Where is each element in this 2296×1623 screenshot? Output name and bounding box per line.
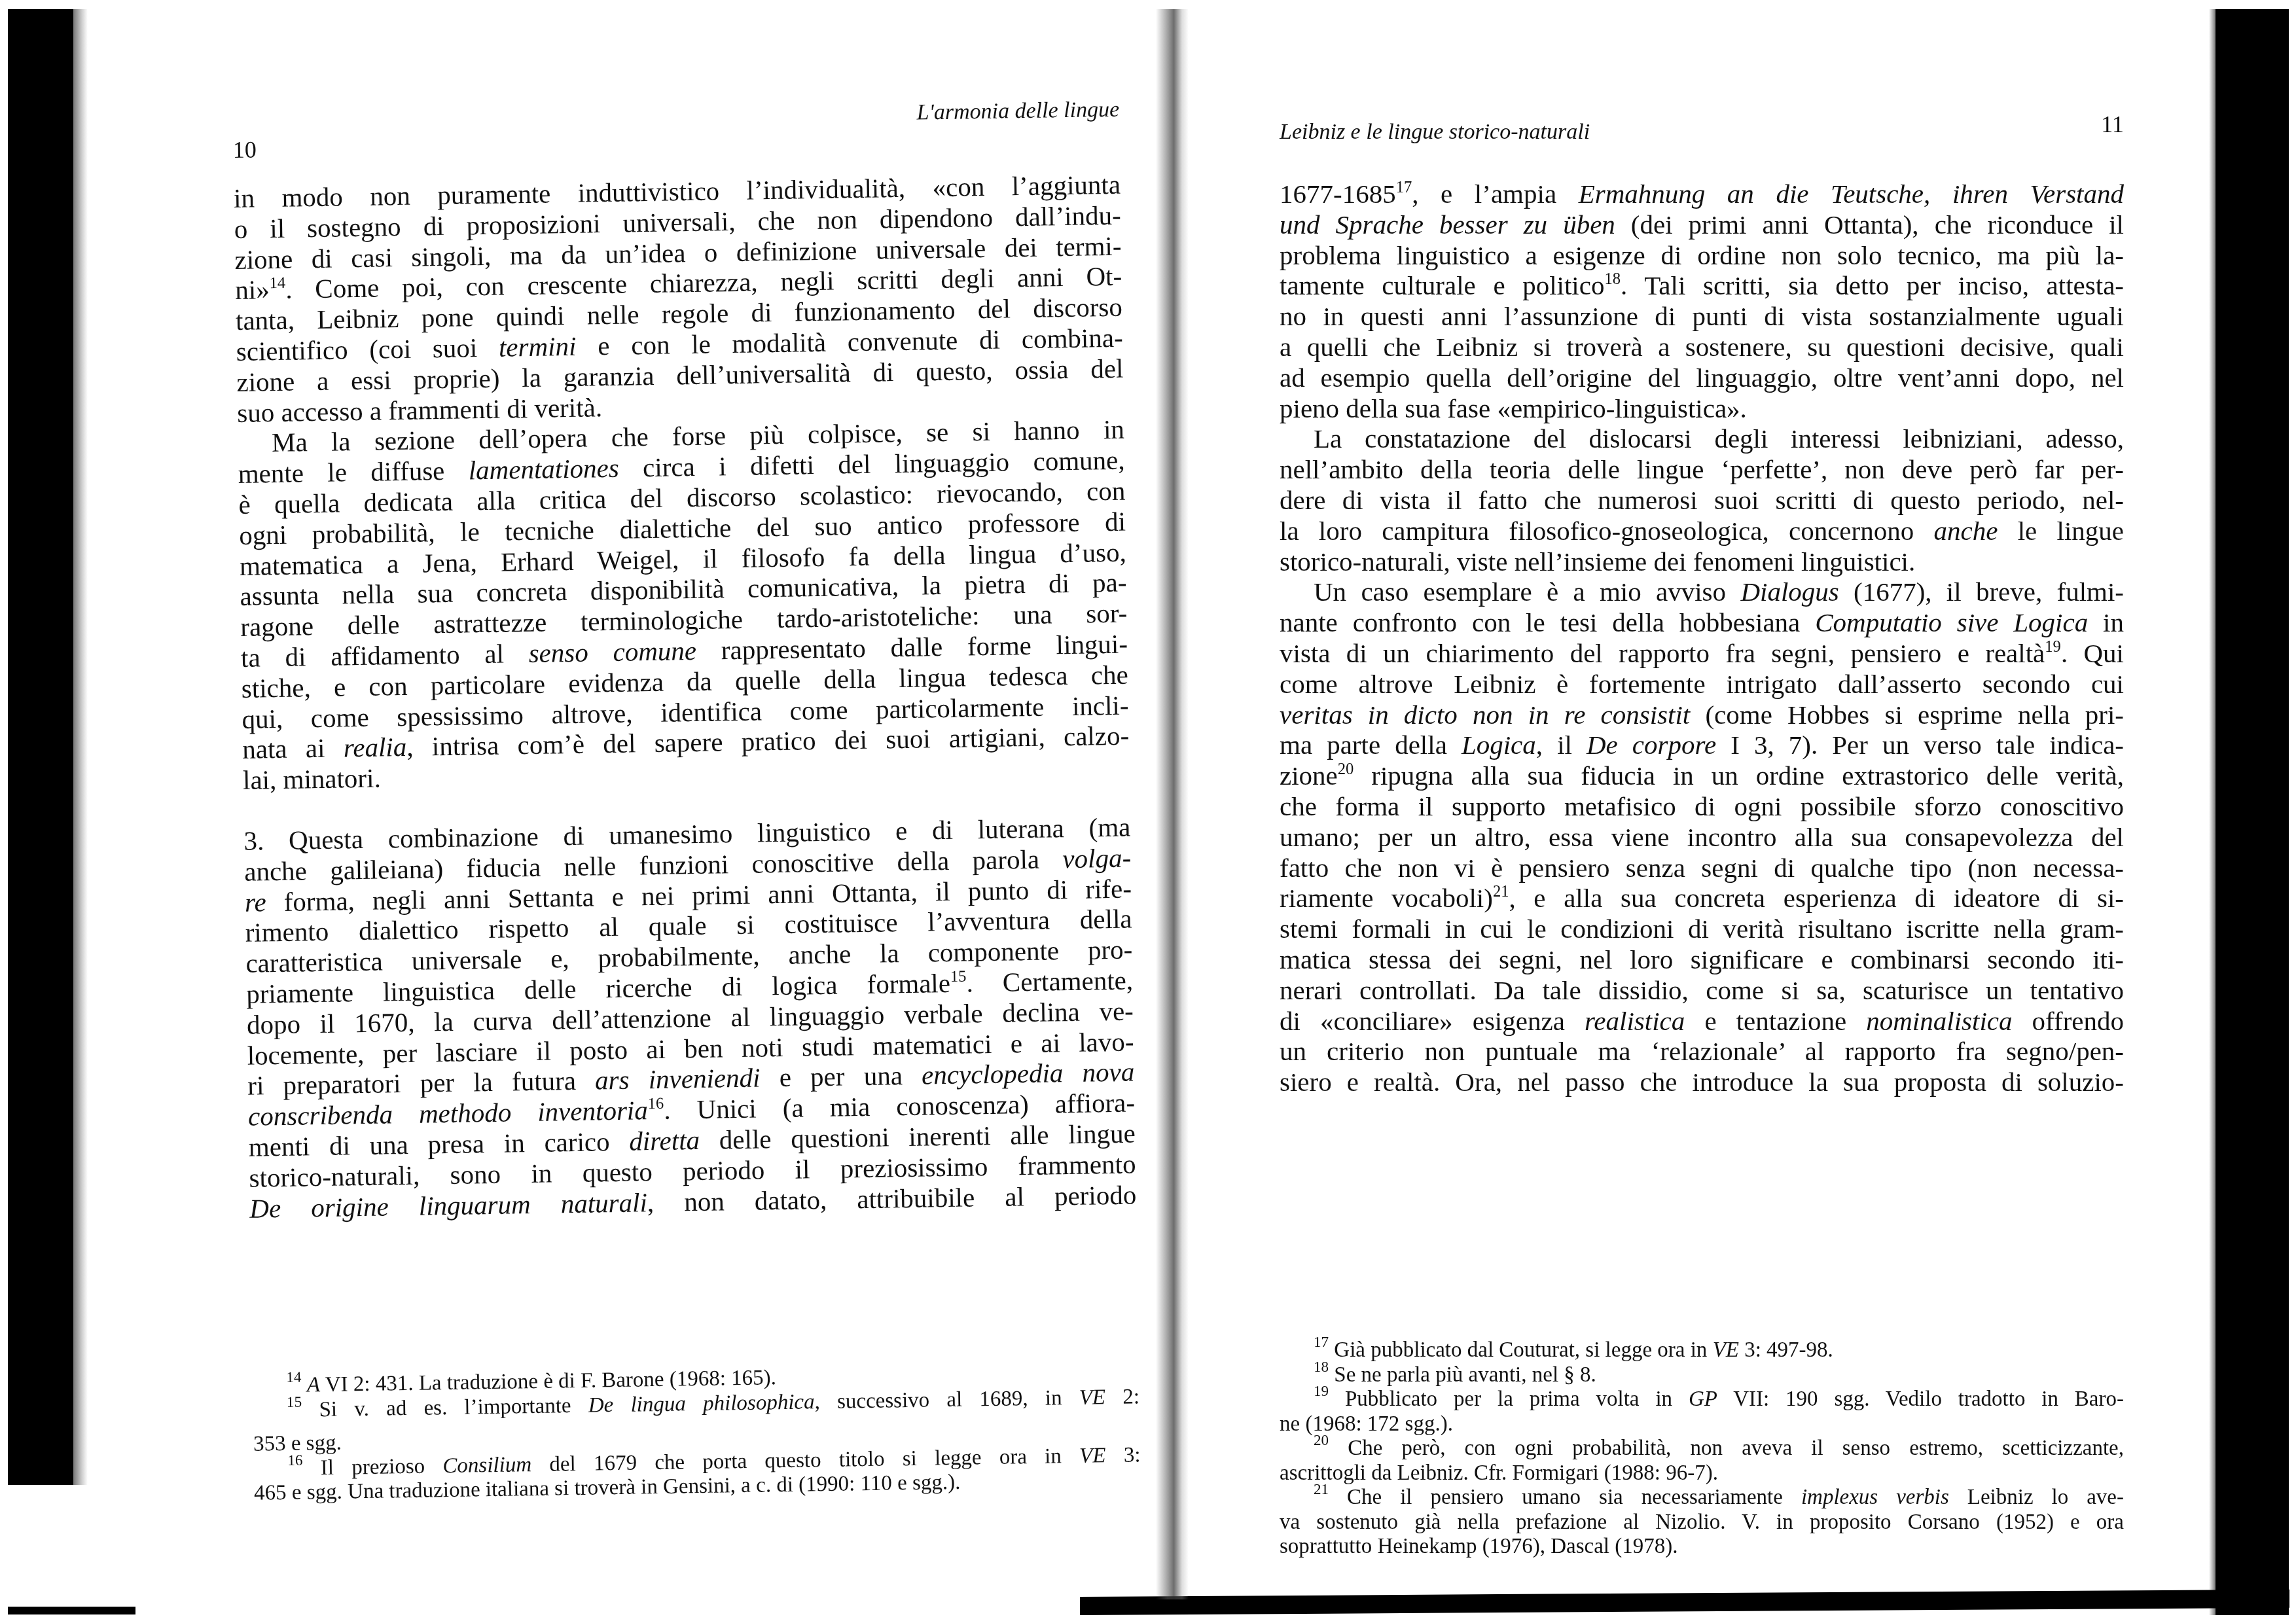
footnote-line: ne (1968: 172 sgg.). (1280, 1412, 2124, 1437)
text-line: tamente culturale e politico18. Tali scr… (1280, 270, 2124, 301)
italic-text: und Sprache besser zu üben (1280, 209, 1615, 240)
italic-text: termini (499, 331, 577, 363)
text-run: un criterio non puntuale ma ‘relazionale… (1280, 1036, 2124, 1066)
italic-text: Ermahnung an die Teutsche, ihren Verstan… (1579, 179, 2124, 209)
text-run: tamente culturale e politico (1280, 270, 1604, 300)
text-line: a quelli che Leibniz si troverà a sosten… (1280, 332, 2124, 363)
text-run: la loro campitura filosofico-gnoseologic… (1280, 516, 1933, 546)
text-run: stemi formali in cui le condizioni di ve… (1280, 914, 2124, 944)
italic-text: VE (1079, 1444, 1106, 1468)
text-run: ta di affidamento al (241, 638, 529, 673)
note-reference: 15 (950, 967, 967, 985)
text-line: veritas in dicto non in re consistit (co… (1280, 700, 2124, 730)
running-head: Leibniz e le lingue storico-naturali (1280, 120, 1590, 145)
note-reference: 16 (647, 1095, 664, 1113)
text-line: zione20 ripugna alla sua fiducia in un o… (1280, 760, 2124, 791)
text-run: 1677-1685 (1280, 179, 1396, 209)
text-run: , successivo al 1689, in (814, 1385, 1079, 1413)
text-run: problema linguistico a esigenze di ordin… (1280, 240, 2124, 270)
text-run: 2: (1105, 1385, 1139, 1409)
text-line: riamente vocaboli)21, e alla sua concret… (1280, 883, 2124, 914)
italic-text: implexus verbis (1801, 1486, 1949, 1509)
text-run: ascrittogli da Leibniz. Cfr. Formigari (… (1280, 1461, 1718, 1485)
italic-text: Dialogus (1740, 577, 1839, 607)
text-run: va sostenuto già nella prefazione al Niz… (1280, 1510, 2124, 1534)
text-line: matica stessa dei segni, nel loro signif… (1280, 944, 2124, 975)
italic-text: diretta (629, 1125, 700, 1156)
text-run: suo accesso a frammenti di verità. (237, 392, 603, 428)
text-run: umano; per un altro, essa viene incontro… (1280, 822, 2124, 852)
text-line: storico-naturali, viste nell’insieme dei… (1280, 546, 2124, 577)
note-reference: 19 (1314, 1382, 1329, 1399)
text-run: . Tali scritti, sia detto per inciso, at… (1621, 270, 2124, 300)
italic-text: GP (1689, 1387, 1717, 1411)
note-reference: 16 (287, 1451, 302, 1468)
text-run: zione (1280, 760, 1338, 791)
italic-text: volga- (1062, 842, 1131, 874)
note-reference: 14 (286, 1368, 301, 1385)
italic-text: anche (1933, 516, 1998, 546)
text-line: no in questi anni l’assunzione di punti … (1280, 301, 2124, 332)
text-run: soprattutto Heinekamp (1976), Dascal (19… (1280, 1535, 1678, 1558)
text-run: Il prezioso (302, 1454, 442, 1480)
footnote-line: 21 Che il pensiero umano sia necessariam… (1280, 1486, 2124, 1510)
text-run: (dei primi anni Ottanta), che riconduce … (1615, 209, 2124, 240)
text-run: ad esempio quella dell’origine del lingu… (1280, 363, 2124, 393)
footnote-line: 19 Pubblicato per la prima volta in GP V… (1280, 1387, 2124, 1412)
text-run: , e l’ampia (1412, 179, 1578, 209)
text-line: ad esempio quella dell’origine del lingu… (1280, 363, 2124, 393)
text-run: 3: (1105, 1443, 1141, 1467)
text-line: vista di un chiarimento del rapporto fra… (1280, 638, 2124, 669)
note-reference: 15 (287, 1393, 302, 1410)
text-run: come altrove Leibniz è fortemente intrig… (1280, 669, 2124, 699)
italic-text: senso comune (528, 635, 696, 668)
text-line: dere di vista il fatto che numerosi suoi… (1280, 485, 2124, 516)
text-run: fatto che non vi è pensiero senza segni … (1280, 853, 2124, 883)
italic-text: De lingua philosophica (588, 1390, 814, 1417)
text-run: nerari controllati. Da tale dissidio, co… (1280, 975, 2124, 1005)
note-reference: 21 (1314, 1480, 1329, 1497)
text-line: un criterio non puntuale ma ‘relazionale… (1280, 1036, 2124, 1067)
italic-text: Computatio sive Logica (1815, 607, 2088, 637)
text-line: che forma il supporto metafisico di ogni… (1280, 791, 2124, 822)
italic-text: ars inveniendi (595, 1063, 761, 1096)
note-reference: 20 (1314, 1431, 1329, 1448)
italic-text: VE (1713, 1338, 1739, 1362)
text-line: siero e realtà. Ora, nel passo che intro… (1280, 1067, 2124, 1097)
text-run: vista di un chiarimento del rapporto fra… (1280, 638, 2045, 668)
text-run: che forma il supporto metafisico di ogni… (1280, 791, 2124, 821)
text-line: di «conciliare» esigenza realistica e te… (1280, 1006, 2124, 1037)
text-run: (1677), il breve, fulmi- (1839, 577, 2124, 607)
text-run: e per una (760, 1060, 922, 1093)
scan-border-left-bottom (8, 1607, 135, 1614)
text-run: (come Hobbes si esprime nella pri- (1690, 700, 2124, 730)
text-run: , e alla sua concreta esperienza di idea… (1509, 883, 2124, 913)
scan-border-left (8, 9, 73, 1485)
text-line: umano; per un altro, essa viene incontro… (1280, 822, 2124, 853)
text-run: lai, minatori. (243, 763, 381, 795)
text-run: VII: 190 sgg. Vedilo tradotto in Baro- (1717, 1387, 2124, 1411)
text-run: di «conciliare» esigenza (1280, 1006, 1585, 1036)
text-line: und Sprache besser zu üben (dei primi an… (1280, 209, 2124, 240)
footnotes: 14 A VI 2: 431. La traduzione è di F. Ba… (252, 1360, 1141, 1506)
text-line: ma parte della Logica, il De corpore I 3… (1280, 730, 2124, 760)
text-line: pieno della sua fase «empirico-linguisti… (1280, 393, 2124, 424)
text-run: le lingue (1998, 516, 2124, 546)
book-gutter-shadow (1156, 9, 1189, 1599)
note-reference: 17 (1314, 1333, 1329, 1350)
italic-text: encyclopedia nova (922, 1057, 1135, 1090)
text-run: nata ai (242, 733, 344, 764)
italic-text: lamentationes (468, 453, 619, 486)
text-run: e tentazione (1685, 1006, 1866, 1036)
note-reference: 18 (1604, 270, 1621, 288)
footnote-line: 20 Che però, con ogni probabilità, non a… (1280, 1436, 2124, 1461)
text-run: . Certamente, (966, 965, 1133, 997)
text-run: I 3, 7). Per un verso tale indica- (1716, 730, 2124, 760)
text-run: ma parte della (1280, 730, 1462, 760)
text-run: 3: 497-98. (1739, 1338, 1833, 1362)
text-line: La constatazione del dislocarsi degli in… (1280, 423, 2124, 454)
text-run: menti di una presa in carico (249, 1126, 630, 1162)
text-run: Che però, con ogni probabilità, non avev… (1329, 1436, 2124, 1460)
text-run: ne (1968: 172 sgg.). (1280, 1412, 1453, 1436)
text-line: nell’ambito della teoria delle lingue ‘p… (1280, 454, 2124, 485)
italic-text: A (307, 1373, 321, 1397)
text-run: ni» (235, 275, 270, 306)
text-line: problema linguistico a esigenze di ordin… (1280, 240, 2124, 271)
footnote-line: 17 Già pubblicato dal Couturat, si legge… (1280, 1338, 2124, 1363)
text-run: scientifico (coi suoi (236, 332, 499, 366)
footnote-line: soprattutto Heinekamp (1976), Dascal (19… (1280, 1535, 2124, 1560)
text-run: nante confronto con le tesi della hobbes… (1280, 607, 1815, 637)
text-run: in (2088, 607, 2124, 637)
text-line: nante confronto con le tesi della hobbes… (1280, 607, 2124, 638)
right-page: Leibniz e le lingue storico-naturali 11 … (1280, 108, 2124, 1548)
text-run: siero e realtà. Ora, nel passo che intro… (1280, 1067, 2124, 1097)
text-run: storico-naturali, viste nell’insieme dei… (1280, 546, 1915, 577)
text-run: a quelli che Leibniz si troverà a sosten… (1280, 332, 2124, 362)
text-line: fatto che non vi è pensiero senza segni … (1280, 853, 2124, 883)
note-reference: 20 (1338, 760, 1354, 778)
text-run: . Qui (2061, 638, 2124, 668)
text-run: Un caso esemplare è a mio avviso (1314, 577, 1740, 607)
italic-text: De corpore (1587, 730, 1716, 760)
italic-text: re (245, 887, 266, 918)
italic-text: nominalistica (1866, 1006, 2012, 1036)
text-run: nell’ambito della teoria delle lingue ‘p… (1280, 454, 2124, 484)
text-run: mente le diffuse (238, 455, 469, 490)
text-run: Se ne parla più avanti, nel § 8. (1329, 1363, 1596, 1387)
text-run: no in questi anni l’assunzione di punti … (1280, 301, 2124, 331)
text-run: Che il pensiero umano sia necessariament… (1329, 1486, 1801, 1509)
text-run: matica stessa dei segni, nel loro signif… (1280, 944, 2124, 974)
text-line: nerari controllati. Da tale dissidio, co… (1280, 975, 2124, 1006)
text-line: come altrove Leibniz è fortemente intrig… (1280, 669, 2124, 700)
text-run: La constatazione del dislocarsi degli in… (1314, 423, 2124, 454)
body-text: 1677-168517, e l’ampia Ermahnung an die … (1280, 179, 2124, 1097)
text-line: 1677-168517, e l’ampia Ermahnung an die … (1280, 179, 2124, 209)
text-run: pieno della sua fase «empirico-linguisti… (1280, 393, 1747, 423)
italic-text: realia (343, 732, 406, 763)
note-reference: 18 (1314, 1358, 1329, 1375)
note-reference: 17 (1396, 179, 1412, 196)
page-number: 10 (233, 135, 257, 164)
text-run: ripugna alla sua fiducia in un ordine ex… (1354, 760, 2124, 791)
text-line: stemi formali in cui le condizioni di ve… (1280, 914, 2124, 944)
italic-text: VE (1079, 1385, 1106, 1410)
text-run: ri preparatori per la futura (247, 1065, 595, 1101)
text-run: Già pubblicato dal Couturat, si legge or… (1329, 1338, 1713, 1362)
text-line: Un caso esemplare è a mio avviso Dialogu… (1280, 577, 2124, 607)
text-run: Leibniz lo ave- (1949, 1486, 2124, 1509)
note-reference: 21 (1493, 883, 1509, 901)
italic-text: Logica (1462, 730, 1536, 760)
italic-text: De origine linguarum naturali (249, 1187, 647, 1224)
italic-text: realistica (1585, 1006, 1685, 1036)
footnote-line: 18 Se ne parla più avanti, nel § 8. (1280, 1363, 2124, 1388)
page-number: 11 (2101, 111, 2124, 138)
italic-text: Consilium (442, 1453, 531, 1478)
body-text: in modo non puramente induttivistico l’i… (234, 169, 1137, 1224)
text-run: dere di vista il fatto che numerosi suoi… (1280, 485, 2124, 515)
scan-border-bottom (1080, 1590, 2289, 1615)
running-head: L'armonia delle lingue (916, 98, 1119, 126)
footnote-line: ascrittogli da Leibniz. Cfr. Formigari (… (1280, 1461, 2124, 1486)
text-line: la loro campitura filosofico-gnoseologic… (1280, 516, 2124, 546)
text-run: Pubblicato per la prima volta in (1329, 1387, 1689, 1411)
text-run: offrendo (2012, 1006, 2124, 1036)
note-reference: 14 (269, 274, 285, 292)
footnote-line: va sostenuto già nella prefazione al Niz… (1280, 1510, 2124, 1535)
text-run: Si v. ad es. l’importante (302, 1393, 588, 1421)
text-run: riamente vocaboli) (1280, 883, 1493, 913)
left-page: 10 L'armonia delle lingue in modo non pu… (232, 98, 1141, 1551)
italic-text: veritas in dicto non in re consistit (1280, 700, 1690, 730)
scan-border-right (2215, 9, 2289, 1615)
text-run: , il (1536, 730, 1587, 760)
footnotes: 17 Già pubblicato dal Couturat, si legge… (1280, 1338, 2124, 1560)
note-reference: 19 (2045, 638, 2061, 656)
